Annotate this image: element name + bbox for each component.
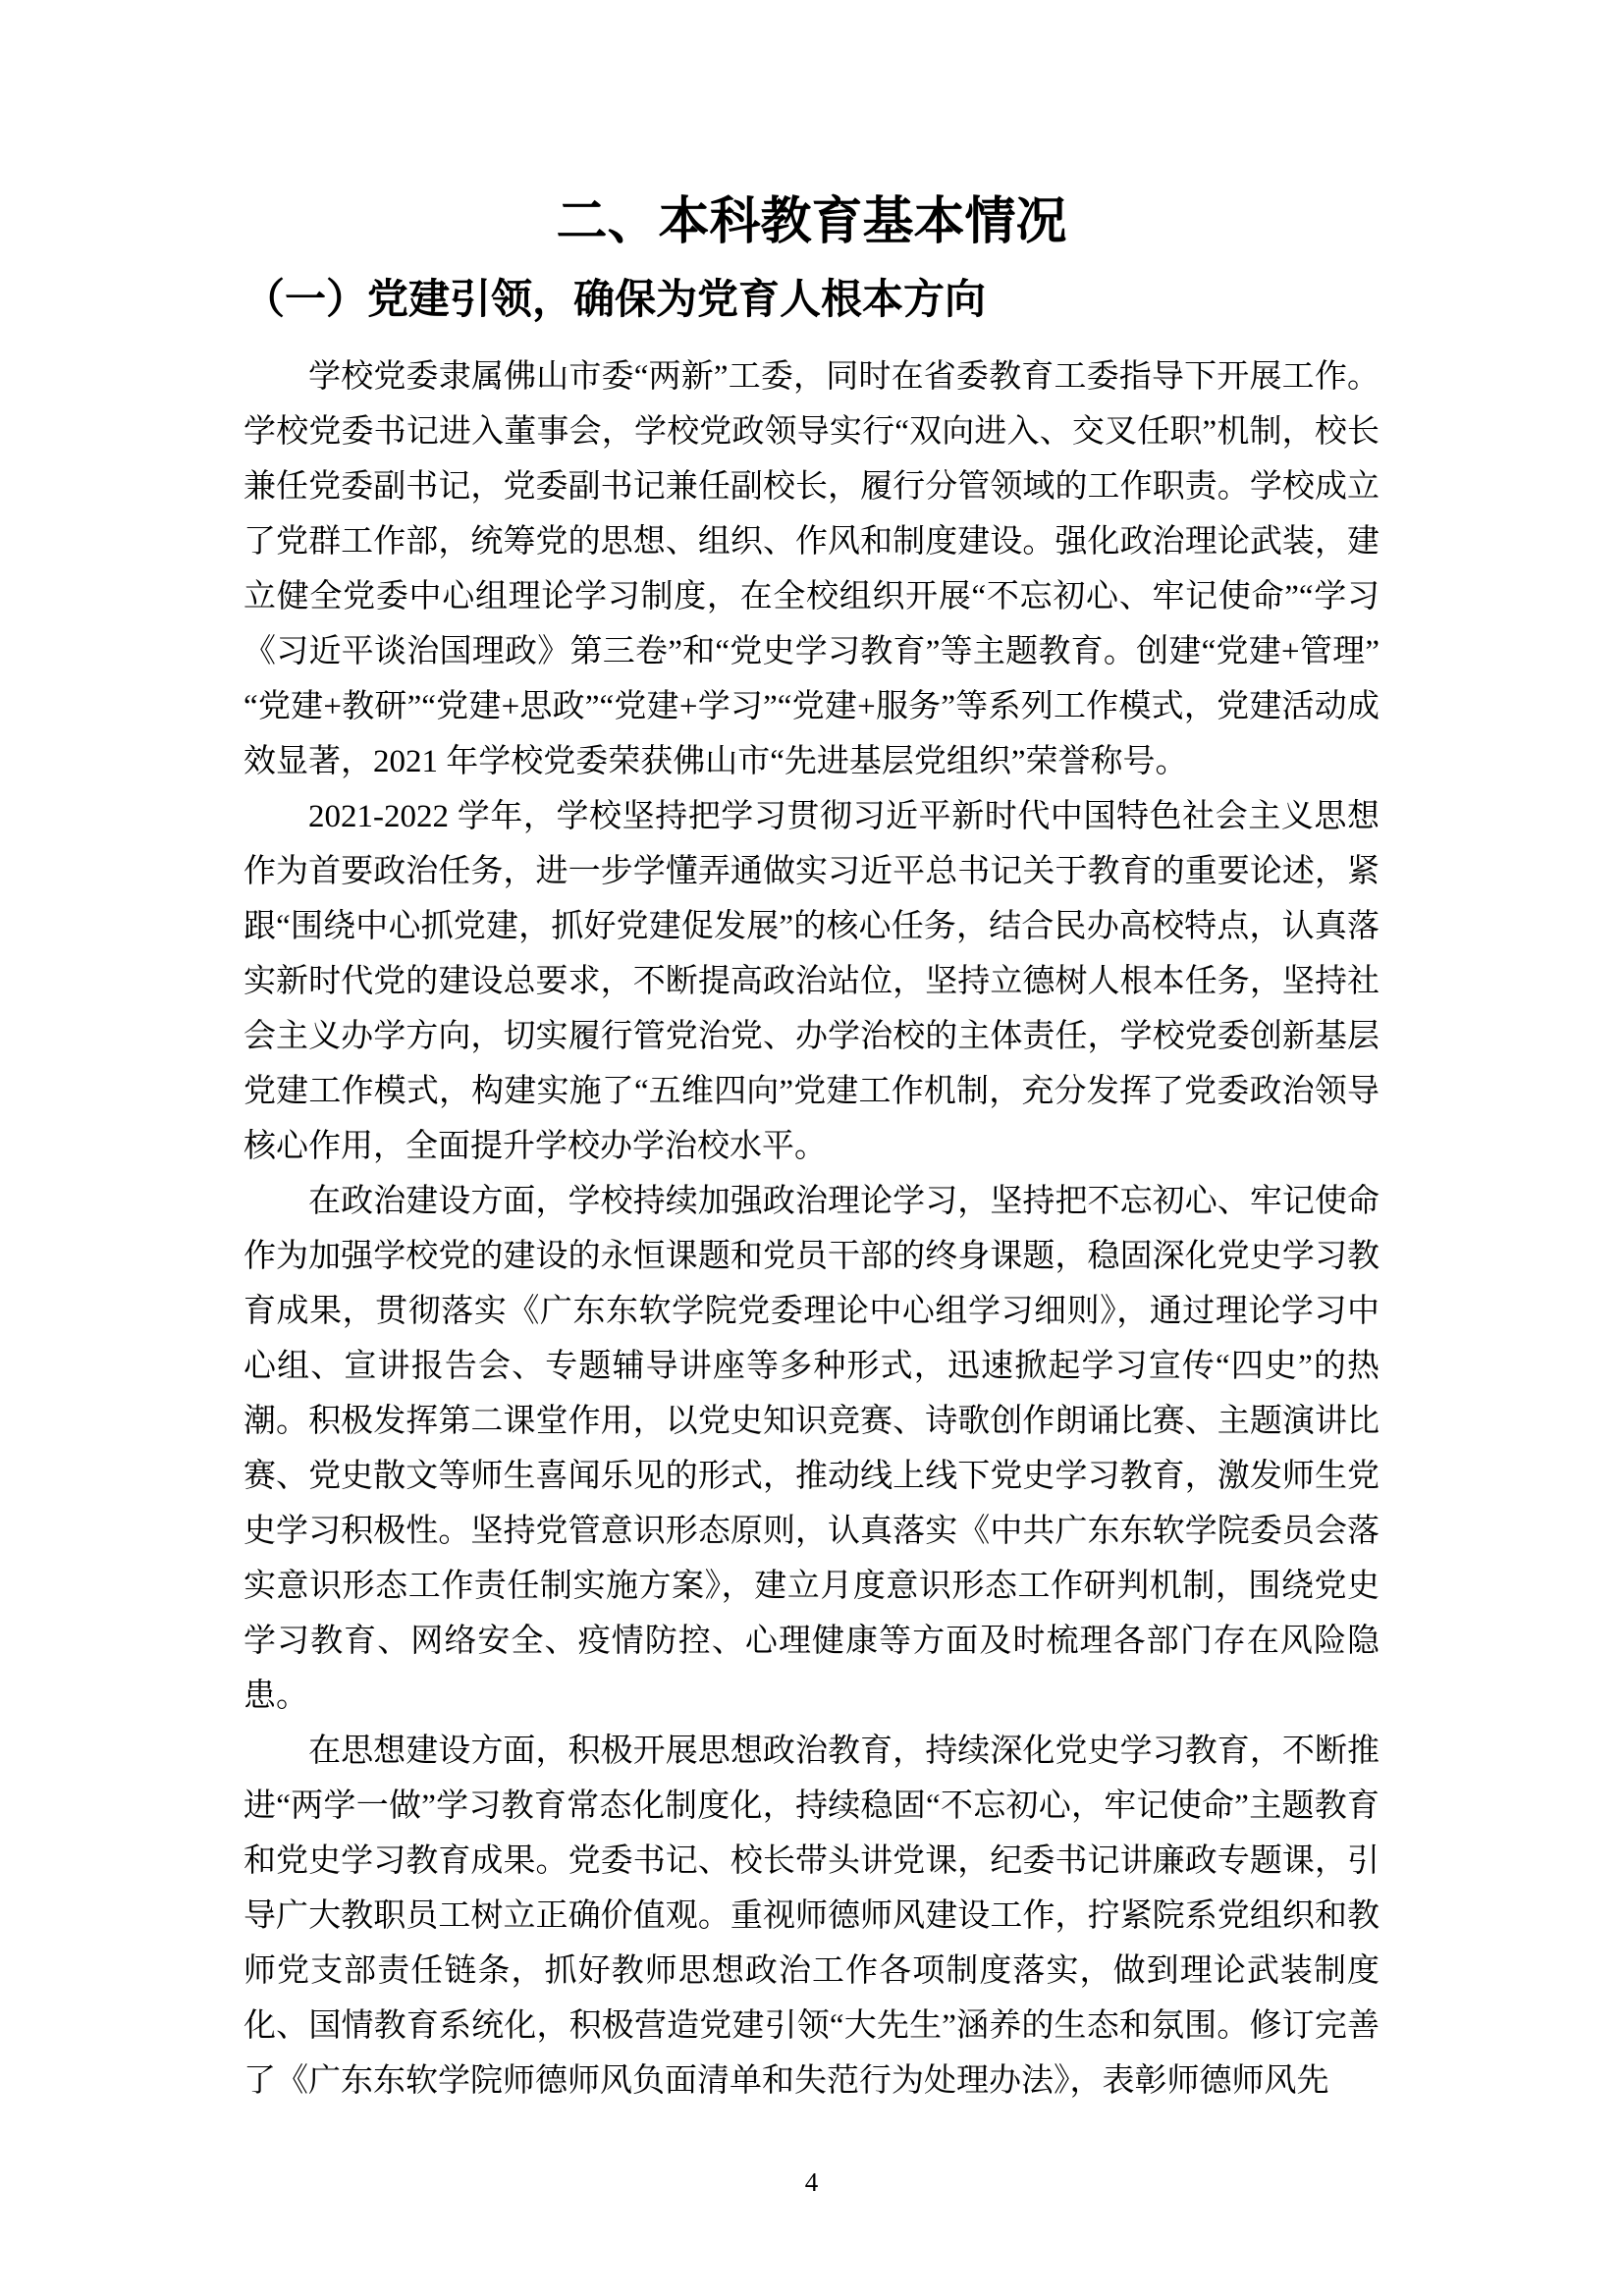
paragraph-3: 在政治建设方面，学校持续加强政治理论学习，坚持把不忘初心、牢记使命作为加强学校党… <box>243 1174 1380 1724</box>
paragraph-4: 在思想建设方面，积极开展思想政治教育，持续深化党史学习教育，不断推进“两学一做”… <box>243 1724 1380 2109</box>
document-page: 二、本科教育基本情况 （一）党建引领，确保为党育人根本方向 学校党委隶属佛山市委… <box>0 0 1623 2296</box>
page-number: 4 <box>0 2166 1623 2198</box>
page-title: 二、本科教育基本情况 <box>243 192 1380 251</box>
section-heading: （一）党建引领，确保为党育人根本方向 <box>243 275 1380 324</box>
body-text: 学校党委隶属佛山市委“两新”工委，同时在省委教育工委指导下开展工作。学校党委书记… <box>243 349 1380 2109</box>
paragraph-1: 学校党委隶属佛山市委“两新”工委，同时在省委教育工委指导下开展工作。学校党委书记… <box>243 349 1380 789</box>
paragraph-2: 2021-2022 学年，学校坚持把学习贯彻习近平新时代中国特色社会主义思想作为… <box>243 789 1380 1174</box>
